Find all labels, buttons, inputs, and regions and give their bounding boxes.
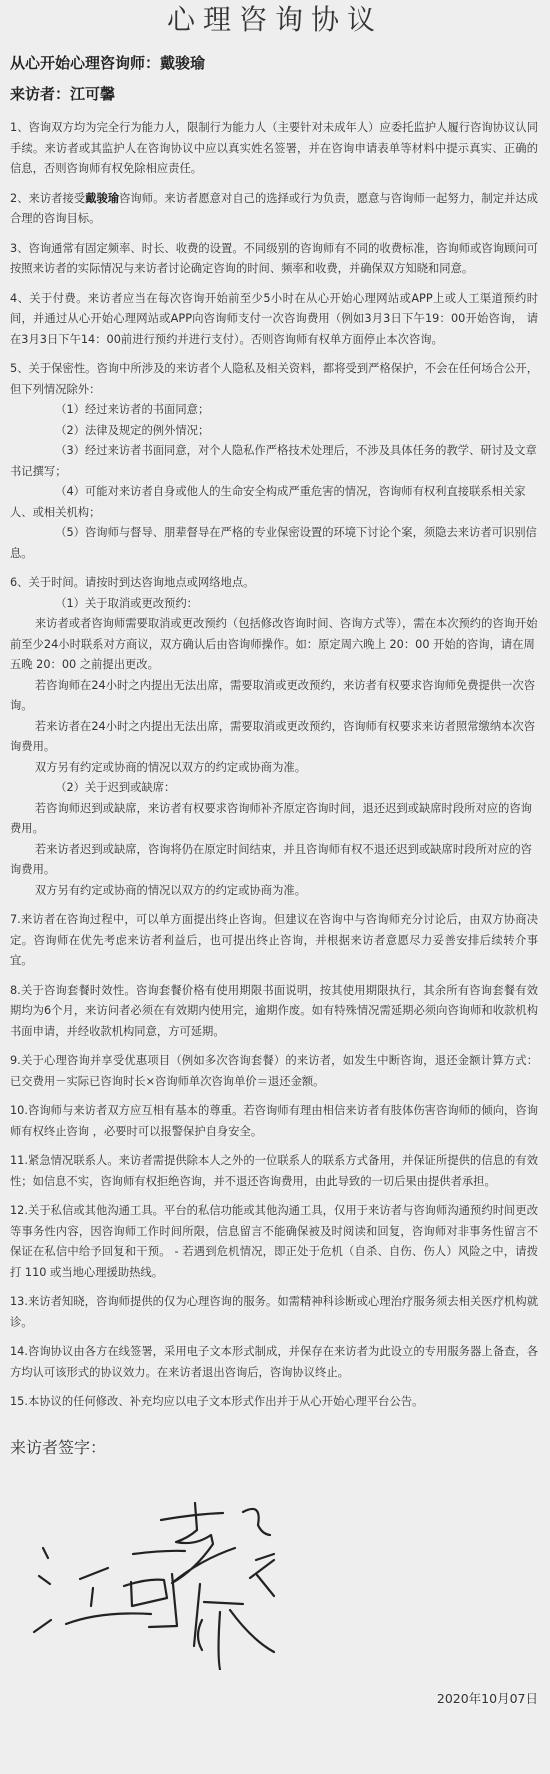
clause-6-sub2-para: 若来访者迟到或缺席，咨询将仍在原定时间结束，并且咨询师有权不退还迟到或缺席时段所…: [10, 840, 538, 881]
clause-3: 3、咨询通常有固定频率、时长、收费的设置。不同级别的咨询师有不同的收费标准，咨询…: [10, 239, 538, 280]
clause-2-counselor-name: 戴骏瑜: [85, 192, 119, 205]
agreement-body: 1、咨询双方均为完全行为能力人，限制行为能力人（主要针对未成年人）应委托监护人履…: [10, 118, 538, 1413]
counselor-name: 戴骏瑜: [160, 54, 205, 72]
clause-5-item: （5）咨询师与督导、朋辈督导在严格的专业保密设置的环境下讨论个案，须隐去来访者可…: [10, 523, 538, 564]
counselor-line: 从心开始心理咨询师：戴骏瑜: [10, 53, 540, 73]
clause-2: 2、来访者接受戴骏瑜咨询师。来访者愿意对自己的选择或行为负责，愿意与咨询师一起努…: [10, 189, 538, 230]
page-title: 心理咨询协议: [0, 0, 550, 43]
signature-label: 来访者签字：: [10, 1435, 540, 1458]
clause-5-item: （3）经过来访者书面同意，对个人隐私作严格技术处理后，不涉及具体任务的教学、研讨…: [10, 441, 538, 482]
visitor-label: 来访者：: [10, 85, 70, 103]
clause-9: 9.关于心理咨询并享受优惠项目（例如多次咨询套餐）的来访者，如发生中断咨询，退还…: [10, 1051, 538, 1092]
clause-5-item: （2）法律及规定的例外情况；: [10, 421, 538, 442]
clause-6-sub2-title: （2）关于迟到或缺席：: [10, 778, 538, 799]
counselor-label: 从心开始心理咨询师：: [10, 54, 160, 72]
clause-14: 14.咨询协议由各方在线签署，采用电子文本形式制成，并保存在来访者为此设立的专用…: [10, 1342, 538, 1383]
clause-6-sub1-para: 若来访者在24小时之内提出无法出席，需要取消或更改预约，咨询师有权要求来访者照常…: [10, 717, 538, 758]
clause-10: 10.咨询师与来访者双方应互相有基本的尊重。若咨询师有理由相信来访者有肢体伤害咨…: [10, 1101, 538, 1142]
clause-7: 7.来访者在咨询过程中，可以单方面提出终止咨询。但建议在咨询中与咨询师充分讨论后…: [10, 910, 538, 972]
clause-6-sub1-para: 若咨询师在24小时之内提出无法出席，需要取消或更改预约，来访者有权要求咨询师免费…: [10, 676, 538, 717]
clause-15: 15.本协议的任何修改、补充均应以电子文本形式作出并于从心开始心理平台公告。: [10, 1392, 538, 1413]
clause-6-sub2-para: 若咨询师迟到或缺席，来访者有权要求咨询师补齐原定咨询时间，退还迟到或缺席时段所对…: [10, 799, 538, 840]
clause-5-item: （4）可能对来访者自身或他人的生命安全构成严重危害的情况，咨询师有权利直接联系相…: [10, 482, 538, 523]
clause-13: 13.来访者知晓，咨询师提供的仅为心理咨询的服务。如需精神科诊断或心理治疗服务须…: [10, 1292, 538, 1333]
signature-date: 2020年10月07日: [437, 1689, 538, 1707]
clause-6-intro: 6、关于时间。请按时到达咨询地点或网络地点。: [10, 573, 538, 594]
clause-12: 12.关于私信或其他沟通工具。平台的私信功能或其他沟通工具，仅用于来访者与咨询师…: [10, 1201, 538, 1283]
clause-8: 8.关于咨询套餐时效性。咨询套餐价格有使用期限书面说明，按其使用期限执行，其余所…: [10, 981, 538, 1043]
clause-11: 11.紧急情况联系人。来访者需提供除本人之外的一位联系人的联系方式备用，并保证所…: [10, 1151, 538, 1192]
clause-6-sub1-title: （1）关于取消或更改预约：: [10, 594, 538, 615]
handwritten-signature: [30, 1490, 290, 1670]
visitor-line: 来访者：江可馨: [10, 84, 540, 104]
clause-5-item: （1）经过来访者的书面同意；: [10, 400, 538, 421]
clause-2-prefix: 2、来访者接受: [10, 192, 85, 205]
clause-5-intro: 5、关于保密性。咨询中所涉及的来访者个人隐私及相关资料，都将受到严格保护，不会在…: [10, 359, 538, 400]
clause-6-sub1-para: 来访者或者咨询师需要取消或更改预约（包括修改咨询时间、咨询方式等），需在本次预约…: [10, 614, 538, 676]
clause-6-sub2-para: 双方另有约定或协商的情况以双方的约定或协商为准。: [10, 881, 538, 902]
clause-6-sub1-para: 双方另有约定或协商的情况以双方的约定或协商为准。: [10, 758, 538, 779]
clause-1: 1、咨询双方均为完全行为能力人，限制行为能力人（主要针对未成年人）应委托监护人履…: [10, 118, 538, 180]
clause-4: 4、关于付费。来访者应当在每次咨询开始前至少5小时在从心开始心理网站或APP上或…: [10, 289, 538, 351]
visitor-name: 江可馨: [70, 85, 115, 103]
